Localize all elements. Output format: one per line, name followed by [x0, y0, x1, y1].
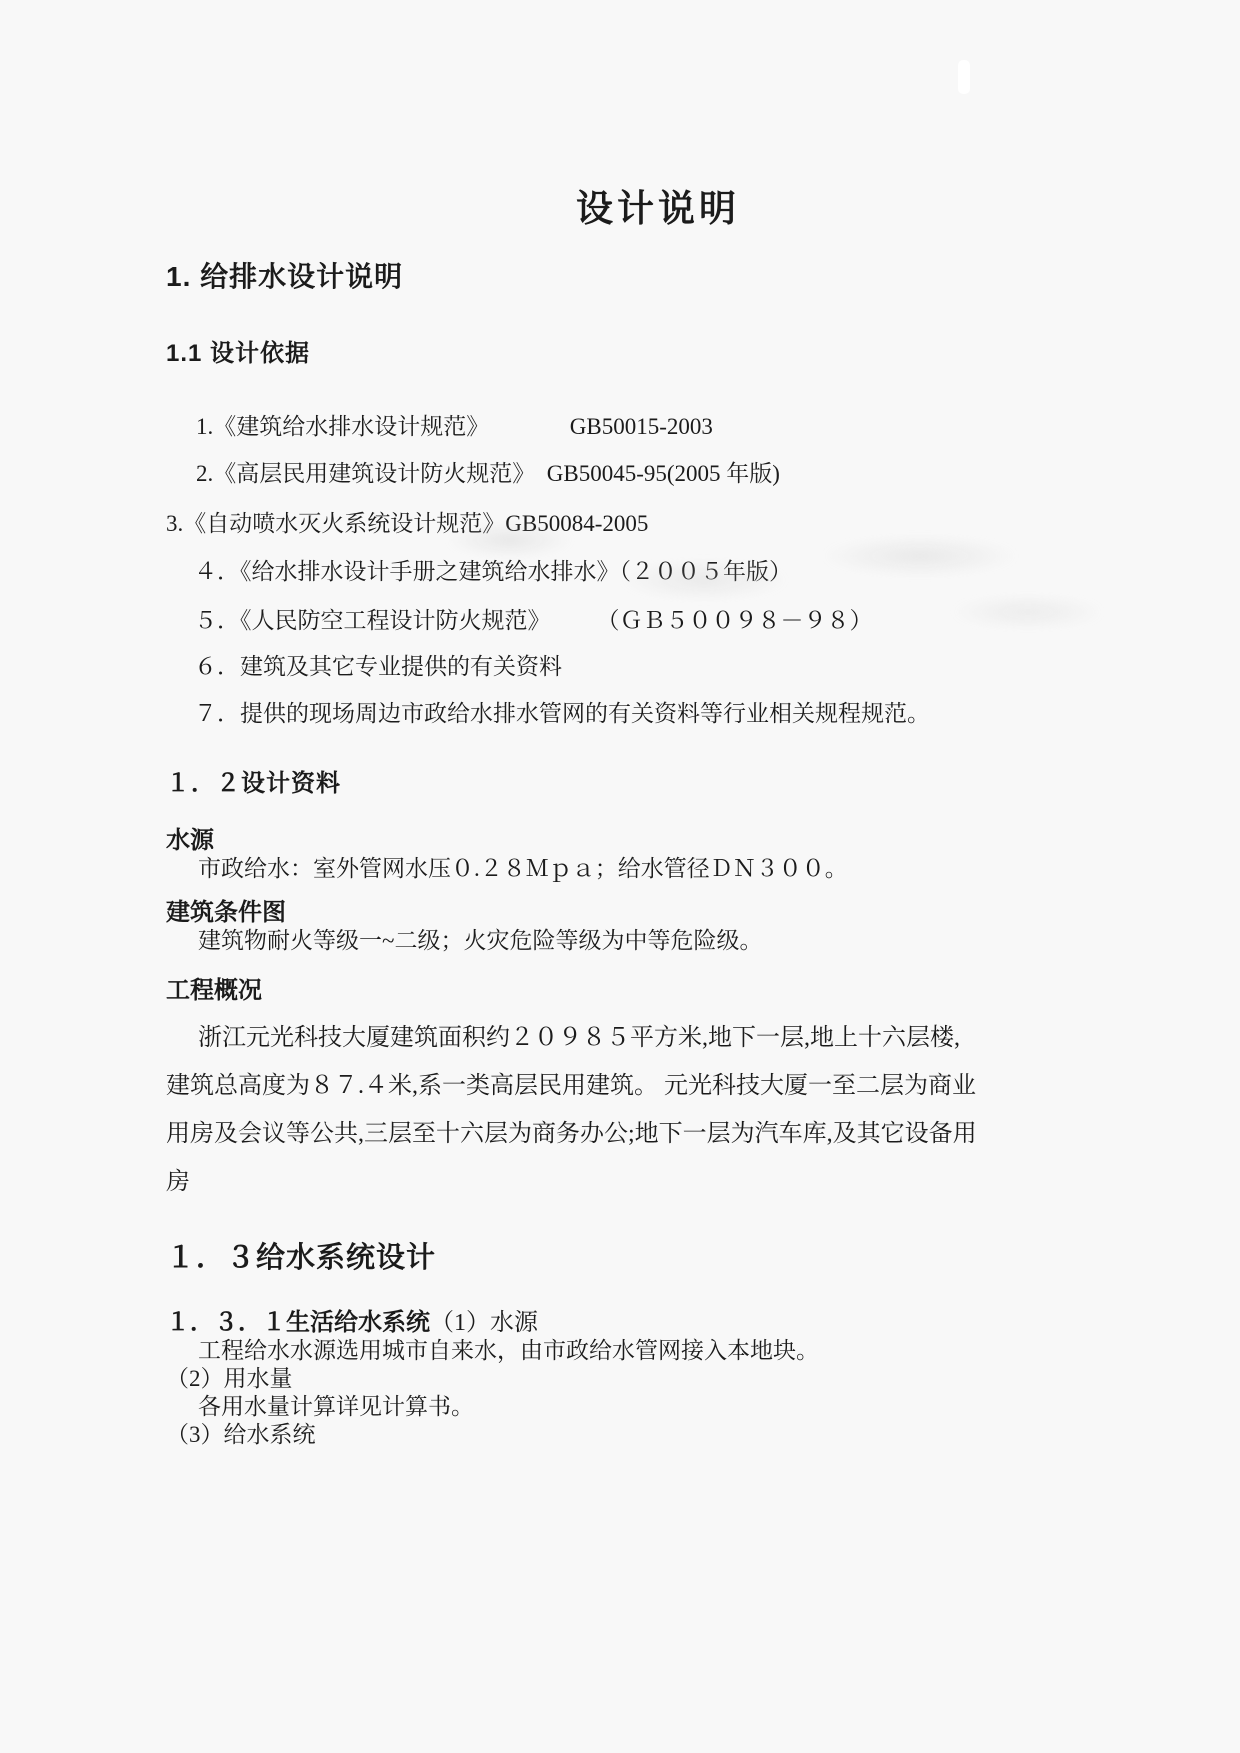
document-page: 设计说明 1. 给排水设计说明 1.1 设计依据 1.《建筑给水排水设计规范》 … — [0, 0, 1240, 1753]
building-condition-heading: 建筑条件图 — [166, 899, 1074, 927]
section-1-3-1-heading-bold: １．３．１生活给水系统 — [166, 1309, 430, 1336]
project-overview-line: 房 — [166, 1158, 1074, 1206]
design-basis-item-1: 1.《建筑给水排水设计规范》 GB50015-2003 — [166, 413, 1074, 441]
system-label: （3）给水系统 — [166, 1421, 1074, 1449]
section-1-1-heading: 1.1 设计依据 — [166, 340, 1074, 368]
section-1-2-heading: １．２设计资料 — [166, 770, 1074, 798]
design-basis-item-3: 3.《自动喷水灭火系统设计规范》GB50084-2005 — [166, 510, 1074, 538]
project-overview-heading: 工程概况 — [166, 977, 1074, 1005]
project-overview-line: 用房及会议等公共,三层至十六层为商务办公;地下一层为汽车库,及其它设备用 — [166, 1110, 1074, 1158]
section-1-heading: 1. 给排水设计说明 — [166, 262, 1074, 292]
design-basis-item-4: ４．《给水排水设计手册之建筑给水排水》（２００５年版） — [166, 558, 1074, 586]
document-title: 设计说明 — [204, 0, 1112, 232]
design-basis-item-6: ６．建筑及其它专业提供的有关资料 — [166, 653, 1074, 681]
water-source-text: 市政给水：室外管网水压０.２８Ｍｐａ；给水管径ＤＮ３００。 — [166, 855, 1074, 883]
project-overview-paragraph: 浙江元光科技大厦建筑面积约２０９８５平方米,地下一层,地上十六层楼, 建筑总高度… — [166, 1014, 1074, 1206]
section-1-3-1-heading: １．３．１生活给水系统（1）水源 — [166, 1309, 1074, 1337]
project-overview-line: 建筑总高度为８７.４米,系一类高层民用建筑。 元光科技大厦一至二层为商业 — [166, 1062, 1074, 1110]
design-basis-item-2: 2.《高层民用建筑设计防火规范》 GB50045-95(2005 年版) — [166, 460, 1074, 488]
project-overview-line: 浙江元光科技大厦建筑面积约２０９８５平方米,地下一层,地上十六层楼, — [166, 1014, 1074, 1062]
section-1-3-1-heading-rest: （1）水源 — [430, 1310, 538, 1336]
building-condition-text: 建筑物耐火等级一~二级；火灾危险等级为中等危险级。 — [166, 927, 1074, 955]
water-source-paragraph: 工程给水水源选用城市自来水，由市政给水管网接入本地块。 — [166, 1337, 1074, 1365]
usage-label: （2）用水量 — [166, 1365, 1074, 1393]
design-basis-list: 1.《建筑给水排水设计规范》 GB50015-2003 2.《高层民用建筑设计防… — [166, 413, 1074, 728]
water-source-heading: 水源 — [166, 827, 1074, 855]
section-1-3-heading: １．３给水系统设计 — [166, 1242, 1074, 1274]
design-basis-item-5: ５．《人民防空工程设计防火规范》 （ＧＢ５００９８－９８） — [166, 607, 1074, 635]
design-basis-item-7: ７．提供的现场周边市政给水排水管网的有关资料等行业相关规程规范。 — [166, 700, 1074, 728]
usage-text: 各用水量计算详见计算书。 — [166, 1393, 1074, 1421]
